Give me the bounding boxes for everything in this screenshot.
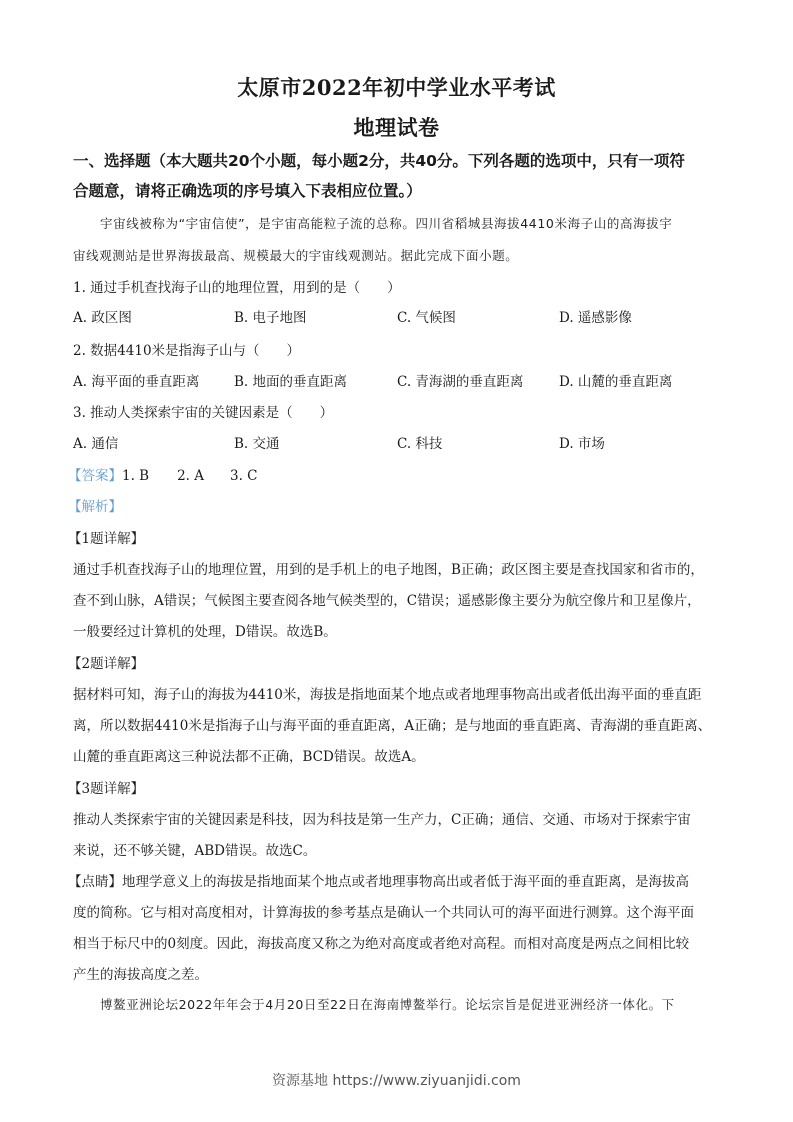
answer-3: 3. C <box>230 468 258 484</box>
material-2-line1: 博鳌亚洲论坛2022年年会于4月20日至22日在海南博鳌举行。论坛宗旨是促进亚洲… <box>100 995 675 1013</box>
detail-3-line1: 推动人类探索宇宙的关键因素是科技，因为科技是第一生产力，C正确；通信、交通、市场… <box>73 808 691 828</box>
detail-2-line2: 离，所以数据4410米是指海子山与海平面的垂直距离，A正确；是与地面的垂直距离、… <box>73 714 711 734</box>
detail-2-heading: 【2题详解】 <box>68 652 144 672</box>
detail-2-line3: 山麓的垂直距离这三种说法都不正确，BCD错误。故选A。 <box>73 745 425 765</box>
detail-3-line2: 来说，还不够关键，ABD错误。故选C。 <box>73 839 316 859</box>
section-instructions-line2: 合题意，请将正确选项的序号填入下表相应位置。） <box>73 176 723 206</box>
detail-2-line1: 据材料可知，海子山的海拔为4410米，海拔是指地面某个地点或者地理事物高出或者低… <box>73 683 701 703</box>
tip-line1: 【点睛】地理学意义上的海拔是指地面某个地点或者地理事物高出或者低于海平面的垂直距… <box>68 870 689 890</box>
question-1-option-a: A. 政区图 <box>73 306 132 326</box>
question-1-option-b: B. 电子地图 <box>234 306 307 326</box>
question-2-option-c: C. 青海湖的垂直距离 <box>397 370 523 390</box>
detail-1-line1: 通过手机查找海子山的地理位置，用到的是手机上的电子地图，B正确；政区图主要是查找… <box>73 558 704 578</box>
analysis-label: 【解析】 <box>68 495 122 515</box>
question-2-option-d: D. 山麓的垂直距离 <box>559 370 672 390</box>
question-3-option-c: C. 科技 <box>397 432 442 452</box>
exam-title: 太原市2022年初中学业水平考试 <box>0 72 793 102</box>
material-1-line2: 宙线观测站是世界海拔最高、规模最大的宇宙线观测站。据此完成下面小题。 <box>73 246 518 264</box>
detail-3-heading: 【3题详解】 <box>68 777 144 797</box>
tip-label: 【点睛】 <box>68 874 122 890</box>
detail-1-line2: 查不到山脉，A错误；气候图主要查阅各地气候类型的，C错误；遥感影像主要分为航空像… <box>73 589 701 609</box>
detail-1-heading: 【1题详解】 <box>68 527 144 547</box>
question-3-option-a: A. 通信 <box>73 432 118 452</box>
tip-line4: 产生的海拔高度之差。 <box>73 963 208 983</box>
answer-1: 1. B <box>122 468 149 484</box>
question-1-option-d: D. 遥感影像 <box>559 306 632 326</box>
question-1-stem: 1. 通过手机查找海子山的地理位置，用到的是（ ） <box>73 276 401 296</box>
section-instructions-line1: 一、选择题（本大题共20个小题，每小题2分，共40分。下列各题的选项中，只有一项… <box>73 146 723 176</box>
question-2-option-a: A. 海平面的垂直距离 <box>73 370 199 390</box>
question-3-option-d: D. 市场 <box>559 432 605 452</box>
exam-page: 太原市2022年初中学业水平考试 地理试卷 一、选择题（本大题共20个小题，每小… <box>0 0 793 1122</box>
tip-line3: 相当于标尺中的0刻度。因此，海拔高度又称之为绝对高度或者绝对高程。而相对高度是两… <box>73 932 689 952</box>
answer-row: 【答案】1. B2. A3. C <box>68 464 258 484</box>
question-3-stem: 3. 推动人类探索宇宙的关键因素是（ ） <box>73 401 333 421</box>
question-2-stem: 2. 数据4410米是指海子山与（ ） <box>73 339 300 359</box>
detail-1-line3: 一般要经过计算机的处理，D错误。故选B。 <box>73 620 337 640</box>
tip-line2: 度的简称。它与相对高度相对，计算海拔的参考基点是确认一个共同认可的海平面进行测算… <box>73 901 694 921</box>
material-1-line1: 宇宙线被称为“宇宙信使”，是宇宙高能粒子流的总称。四川省稻城县海拔4410米海子… <box>100 214 672 232</box>
question-3-option-b: B. 交通 <box>234 432 280 452</box>
exam-subtitle: 地理试卷 <box>0 112 793 142</box>
question-2-option-b: B. 地面的垂直距离 <box>234 370 347 390</box>
answer-label: 【答案】 <box>68 468 122 484</box>
footer-watermark: 资源基地 https://www.ziyuanjidi.com <box>0 1070 793 1090</box>
answer-2: 2. A <box>177 468 204 484</box>
question-1-option-c: C. 气候图 <box>397 306 456 326</box>
